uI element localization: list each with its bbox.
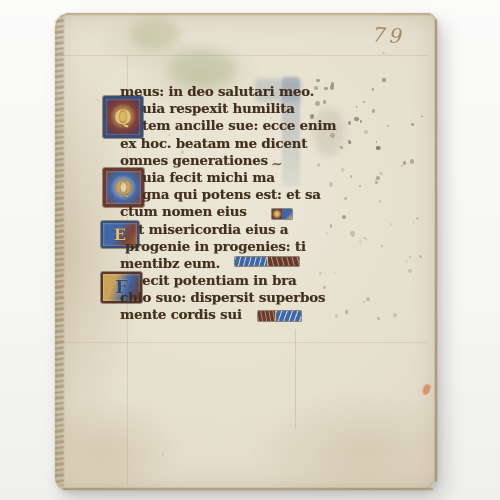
filler-blue-segment (235, 257, 268, 266)
filler-maroon-segment (258, 311, 276, 321)
filler-maroon-segment (268, 257, 299, 266)
text-line: uia fecit michi ma (120, 170, 408, 187)
leaf-bottom-edge (63, 488, 433, 490)
text-line: omnes generationes (120, 153, 408, 170)
stain (131, 19, 179, 49)
line-filler (235, 257, 299, 266)
manuscript-leaf: 79 Q Q E F meus: in deo salutari meo. ui… (55, 13, 437, 490)
ruling-line (61, 55, 429, 56)
filler-maroon-segment (272, 209, 282, 219)
binding-edge (55, 15, 64, 486)
text-line: gna qui potens est: et sa (120, 187, 408, 204)
text-line: ctum nomen eius (120, 204, 408, 221)
line-filler (258, 311, 301, 321)
text-line: tem ancille sue: ecce enim (120, 118, 408, 135)
folio-number: 79 (372, 24, 423, 47)
text-line: chio suo: dispersit superbos (120, 290, 408, 307)
text-line: meus: in deo salutari meo. (120, 84, 408, 101)
leaf-right-edge (435, 19, 437, 482)
text-line: ex hoc. beatam me dicent (120, 136, 408, 153)
text-line: t misericordia eius a (120, 222, 408, 239)
line-filler-flourish: ~ (271, 156, 298, 172)
line-filler (272, 209, 292, 219)
filler-blue-segment (282, 209, 292, 219)
leaf-top-edge (65, 13, 431, 15)
ruling-line (60, 342, 427, 343)
text-line: uia respexit humilita (120, 101, 408, 118)
ruling-line (295, 329, 296, 429)
text-line: progenie in progenies: ti (120, 239, 408, 256)
text-line: ecit potentiam in bra (120, 273, 408, 290)
stain (168, 49, 236, 89)
stain (421, 383, 431, 396)
filler-blue-segment (276, 311, 301, 321)
text-block: meus: in deo salutari meo. uia respexit … (120, 84, 408, 325)
photo-background: 79 Q Q E F meus: in deo salutari meo. ui… (0, 0, 500, 500)
